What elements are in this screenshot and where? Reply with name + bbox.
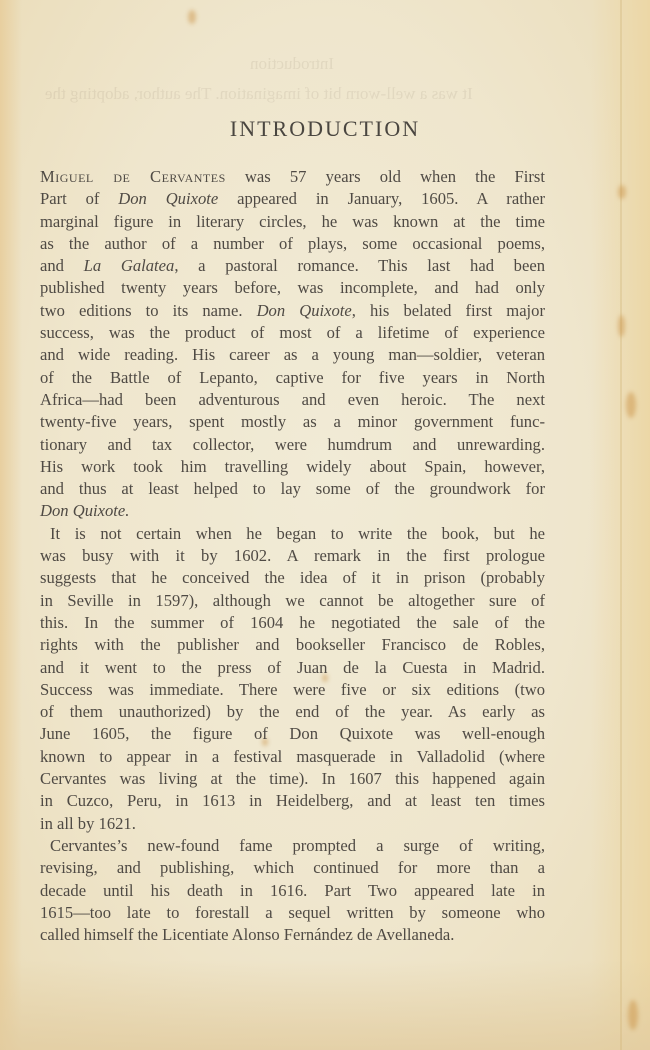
text-line: in Seville in 1597), although we cannot … <box>40 590 545 612</box>
stain-spot <box>188 10 196 24</box>
text-line: success, was the product of most of a li… <box>40 322 545 344</box>
text-run: success, was the product of most of a li… <box>40 323 545 342</box>
text-line: two editions to its name. Don Quixote, h… <box>40 300 545 322</box>
text-line: 1615—too late to forestall a sequel writ… <box>40 902 545 924</box>
bleed-through-heading: Introduction <box>250 54 334 74</box>
text-run: in all by 1621. <box>40 814 136 833</box>
text-run: and <box>40 256 84 275</box>
text-line: marginal figure in literary circles, he … <box>40 211 545 233</box>
text-run: tionary and tax collector, were humdrum … <box>40 435 545 454</box>
text-line: and thus at least helped to lay some of … <box>40 478 545 500</box>
text-line: in Cuzco, Peru, in 1613 in Heidelberg, a… <box>40 790 545 812</box>
text-run: appeared in January, 1605. A rather <box>218 189 545 208</box>
paragraph: It is not certain when he began to write… <box>40 523 545 835</box>
text-line: Cervantes was living at the time). In 16… <box>40 768 545 790</box>
text-run: Africa—had been adventurous and even her… <box>40 390 545 409</box>
text-run: His work took him travelling widely abou… <box>40 457 545 476</box>
text-line: as the author of a number of plays, some… <box>40 233 545 255</box>
text-line: called himself the Licentiate Alonso Fer… <box>40 924 545 946</box>
text-run: , a pastoral romance. This last had been <box>174 256 545 275</box>
page-edge-bottom <box>0 960 650 1050</box>
text-line: this. In the summer of 1604 he negotiate… <box>40 612 545 634</box>
text-line: and wide reading. His career as a young … <box>40 344 545 366</box>
text-line: revising, and publishing, which continue… <box>40 857 545 879</box>
text-run: two editions to its name. <box>40 301 257 320</box>
text-run: was 57 years old when the First <box>226 167 545 186</box>
italic-title: La Galatea <box>84 256 175 275</box>
text-run: twenty-five years, spent mostly as a min… <box>40 412 545 431</box>
text-run: was busy with it by 1602. A remark in th… <box>40 546 545 565</box>
text-line: rights with the publisher and bookseller… <box>40 634 545 656</box>
text-line: known to appear in a festival masquerade… <box>40 746 545 768</box>
text-run: It is not certain when he began to write… <box>50 524 545 543</box>
text-run: this. In the summer of 1604 he negotiate… <box>40 613 545 632</box>
text-line: and La Galatea, a pastoral romance. This… <box>40 255 545 277</box>
body-text: Miguel de Cervantes was 57 years old whe… <box>40 166 545 946</box>
text-line: Africa—had been adventurous and even her… <box>40 389 545 411</box>
stain-spot <box>618 315 625 337</box>
text-run: as the author of a number of plays, some… <box>40 234 545 253</box>
text-run: decade until his death in 1616. Part Two… <box>40 881 545 900</box>
text-line: published twenty years before, was incom… <box>40 277 545 299</box>
stain-spot <box>628 1000 638 1030</box>
text-line: It is not certain when he began to write… <box>40 523 545 545</box>
paragraph: Cervantes’s new-found fame prompted a su… <box>40 835 545 946</box>
text-run: and wide reading. His career as a young … <box>40 345 545 364</box>
text-line: decade until his death in 1616. Part Two… <box>40 880 545 902</box>
text-line: in all by 1621. <box>40 813 545 835</box>
text-run: in Cuzco, Peru, in 1613 in Heidelberg, a… <box>40 791 545 810</box>
text-run: known to appear in a festival masquerade… <box>40 747 545 766</box>
text-run: Cervantes’s new-found fame prompted a su… <box>50 836 545 855</box>
text-run: 1615—too late to forestall a sequel writ… <box>40 903 545 922</box>
text-run: rights with the publisher and bookseller… <box>40 635 545 654</box>
bleed-through-line: It was a well-worn bit of imagination. T… <box>45 84 473 104</box>
text-line: and it went to the press of Juan de la C… <box>40 657 545 679</box>
text-run: of the Battle of Lepanto, captive for fi… <box>40 368 545 387</box>
text-run: of them unauthorized) by the end of the … <box>40 702 545 721</box>
text-line: was busy with it by 1602. A remark in th… <box>40 545 545 567</box>
stain-spot <box>618 185 626 199</box>
text-run: and it went to the press of Juan de la C… <box>40 658 545 677</box>
small-caps-name: Miguel de Cervantes <box>40 167 226 186</box>
text-run: Success was immediate. There were five o… <box>40 680 545 699</box>
text-run: published twenty years before, was incom… <box>40 278 545 297</box>
text-run: suggests that he conceived the idea of i… <box>40 568 545 587</box>
text-line: His work took him travelling widely abou… <box>40 456 545 478</box>
text-run: Part of <box>40 189 118 208</box>
text-line: Miguel de Cervantes was 57 years old whe… <box>40 166 545 188</box>
text-line: of the Battle of Lepanto, captive for fi… <box>40 367 545 389</box>
text-line: Success was immediate. There were five o… <box>40 679 545 701</box>
italic-title: Don Quixote <box>257 301 352 320</box>
text-line: Don Quixote. <box>40 500 545 522</box>
italic-title: Don Quixote <box>118 189 218 208</box>
paragraph: Miguel de Cervantes was 57 years old whe… <box>40 166 545 523</box>
text-line: of them unauthorized) by the end of the … <box>40 701 545 723</box>
page-edge-left <box>0 0 22 1050</box>
text-line: twenty-five years, spent mostly as a min… <box>40 411 545 433</box>
italic-title: Don Quixote. <box>40 501 129 520</box>
text-run: in Seville in 1597), although we cannot … <box>40 591 545 610</box>
text-run: called himself the Licentiate Alonso Fer… <box>40 925 454 944</box>
chapter-heading: INTRODUCTION <box>0 116 650 142</box>
text-run: , his belated first major <box>352 301 545 320</box>
text-line: tionary and tax collector, were humdrum … <box>40 434 545 456</box>
stain-spot <box>626 392 636 418</box>
text-run: revising, and publishing, which continue… <box>40 858 545 877</box>
text-run: Cervantes was living at the time). In 16… <box>40 769 545 788</box>
page-fold-line <box>620 0 622 1050</box>
book-page: Introduction It was a well-worn bit of i… <box>0 0 650 1050</box>
text-line: June 1605, the figure of Don Quixote was… <box>40 723 545 745</box>
text-line: suggests that he conceived the idea of i… <box>40 567 545 589</box>
text-line: Cervantes’s new-found fame prompted a su… <box>40 835 545 857</box>
text-line: Part of Don Quixote appeared in January,… <box>40 188 545 210</box>
text-run: June 1605, the figure of Don Quixote was… <box>40 724 545 743</box>
text-run: marginal figure in literary circles, he … <box>40 212 545 231</box>
text-run: and thus at least helped to lay some of … <box>40 479 545 498</box>
